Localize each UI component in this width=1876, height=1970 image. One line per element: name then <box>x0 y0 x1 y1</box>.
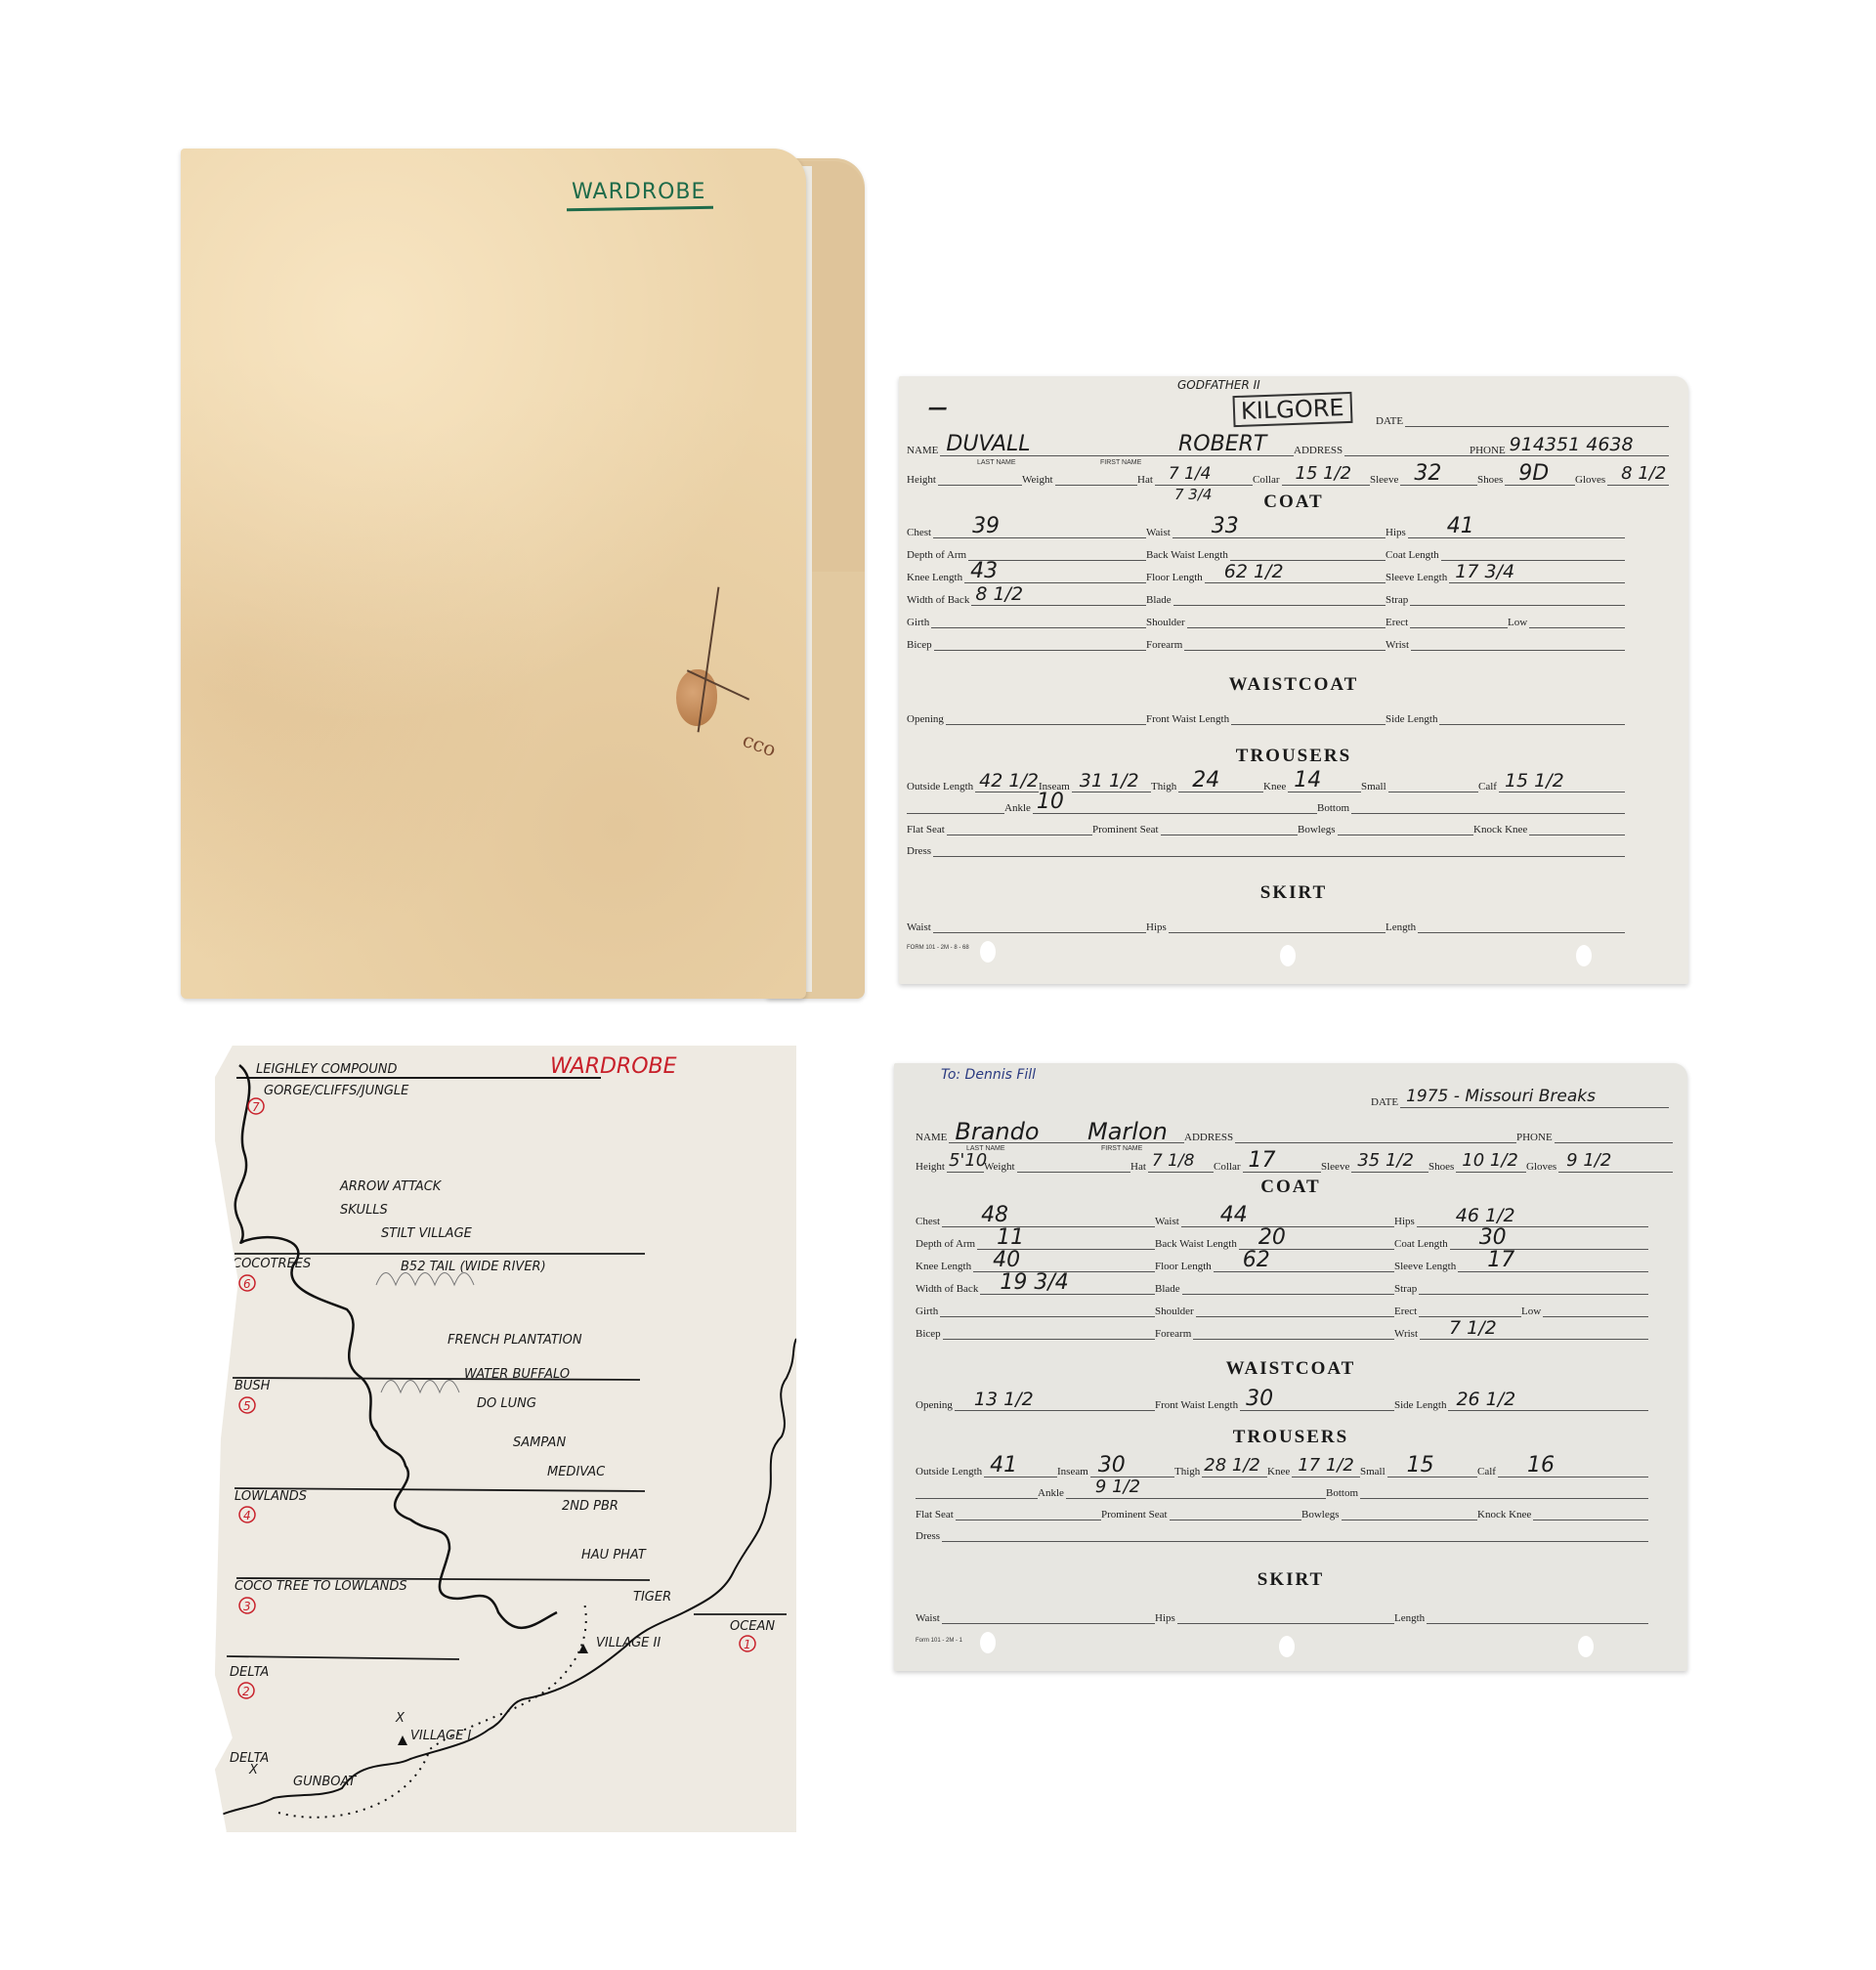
shoes-field[interactable]: Shoes10 1/2 <box>1428 1154 1526 1173</box>
date-field[interactable]: DATE1975 - Missouri Breaks <box>1371 1090 1669 1108</box>
punch-hole <box>980 941 996 963</box>
punch-hole <box>1280 945 1296 966</box>
section-title-waistcoat: WAISTCOAT <box>894 1358 1687 1380</box>
coat-waist-field[interactable]: Waist33 <box>1146 520 1386 538</box>
coat-width-of-back-field[interactable]: Width of Back8 1/2 <box>907 587 1146 606</box>
coat-bicep-field[interactable]: Bicep <box>916 1321 1155 1340</box>
date-field[interactable]: DATE <box>1376 408 1669 427</box>
phone-field[interactable]: PHONE914351 4638 <box>1470 438 1669 456</box>
coat-floor-length-field[interactable]: Floor Length62 1/2 <box>1146 565 1386 583</box>
coat-sleeve-length-field[interactable]: Sleeve Length17 3/4 <box>1386 565 1625 583</box>
section-title-trousers: TROUSERS <box>899 746 1688 767</box>
coat-girth-field[interactable]: Girth <box>916 1299 1155 1317</box>
phone-field[interactable]: PHONE <box>1516 1125 1673 1143</box>
triangle-marker-icon <box>398 1735 407 1745</box>
coat-back-waist-length-field[interactable]: Back Waist Length20 <box>1155 1231 1394 1250</box>
zone-label: OCEAN <box>730 1619 775 1634</box>
card-annotation: GODFATHER II <box>1177 378 1260 392</box>
form-number: FORM 101 - 2M - 8 - 68 <box>907 945 969 951</box>
section-title-waistcoat: WAISTCOAT <box>899 674 1688 696</box>
coat-shoulder-field[interactable]: Shoulder <box>1155 1299 1394 1317</box>
section-title-trousers: TROUSERS <box>894 1427 1687 1448</box>
section-title-skirt: SKIRT <box>894 1569 1687 1591</box>
first-name-field[interactable]: Marlon <box>1082 1125 1184 1143</box>
zone-number-badge: 5 <box>239 1397 255 1413</box>
waistcoat-front-waist-length-field[interactable]: Front Waist Length <box>1146 707 1386 725</box>
river-map-sheet: WARDROBE LEIGHLEY COMPOUND GORGE/CLIFFS/… <box>215 1046 796 1832</box>
last-name-field[interactable]: NAMEDUVALL <box>907 438 1171 456</box>
zone-number-badge: 2 <box>238 1683 254 1698</box>
address-field[interactable]: ADDRESS <box>1184 1125 1516 1143</box>
scene-label: DO LUNG <box>477 1396 536 1411</box>
scene-label: VILLAGE I <box>410 1729 472 1743</box>
triangle-marker-icon <box>578 1644 588 1653</box>
height-field[interactable]: Height <box>907 467 1022 486</box>
coat-forearm-field[interactable]: Forearm <box>1146 632 1386 651</box>
svg-text:5: 5 <box>243 1399 251 1413</box>
zone-label: COCO TREE TO LOWLANDS <box>234 1579 407 1594</box>
coat-wrist-field[interactable]: Wrist7 1/2 <box>1394 1321 1648 1340</box>
scene-label: SAMPAN <box>513 1435 566 1450</box>
x-marker-icon: X <box>248 1763 259 1777</box>
waistcoat-opening-field[interactable]: Opening <box>907 707 1146 725</box>
punch-hole <box>1279 1636 1295 1657</box>
folder-label: WARDROBE <box>572 180 705 204</box>
svg-text:6: 6 <box>243 1277 251 1291</box>
scene-label: VILLAGE II <box>596 1636 661 1650</box>
svg-text:2: 2 <box>242 1685 250 1698</box>
scene-label: MEDIVAC <box>547 1465 606 1479</box>
form-number: Form 101 - 2M - 1 <box>916 1638 962 1644</box>
skirt-hips-field[interactable]: Hips <box>1155 1606 1394 1624</box>
first-name-field[interactable]: ROBERT <box>1171 438 1294 456</box>
coat-length-field[interactable]: Coat Length30 <box>1394 1231 1648 1250</box>
coat-chest-field[interactable]: Chest48 <box>916 1209 1155 1227</box>
zone-label: LOWLANDS <box>234 1489 307 1504</box>
measurement-card-duvall: GODFATHER II — KILGORE DATE NAMEDUVALL R… <box>899 376 1688 984</box>
scene-label: B52 TAIL (WIDE RIVER) <box>401 1260 546 1274</box>
scene-label: GUNBOAT <box>293 1775 357 1789</box>
folder-front-cover <box>181 149 806 999</box>
coat-strap-field[interactable]: Strap <box>1386 587 1625 606</box>
coat-chest-field[interactable]: Chest39 <box>907 520 1146 538</box>
scene-label: SKULLS <box>340 1203 388 1218</box>
coat-bicep-field[interactable]: Bicep <box>907 632 1146 651</box>
coat-wrist-field[interactable]: Wrist <box>1386 632 1625 651</box>
coat-knee-length-field[interactable]: Knee Length43 <box>907 565 1146 583</box>
scene-label: WATER BUFFALO <box>464 1367 570 1382</box>
zone-sublabel: GORGE/CLIFFS/JUNGLE <box>264 1084 409 1098</box>
sleeve-field[interactable]: Sleeve32 <box>1370 467 1477 486</box>
waistcoat-side-length-field[interactable]: Side Length26 1/2 <box>1394 1392 1648 1411</box>
coat-strap-field[interactable]: Strap <box>1394 1276 1648 1295</box>
scene-label: FRENCH PLANTATION <box>448 1333 582 1348</box>
coat-depth-of-arm-field[interactable]: Depth of Arm <box>907 542 1146 561</box>
scene-label: ARROW ATTACK <box>339 1179 443 1194</box>
coat-width-of-back-field[interactable]: Width of Back19 3/4 <box>916 1276 1155 1295</box>
coat-depth-of-arm-field[interactable]: Depth of Arm11 <box>916 1231 1155 1250</box>
waistcoat-front-waist-length-field[interactable]: Front Waist Length30 <box>1155 1392 1394 1411</box>
shoes-field[interactable]: Shoes9D <box>1477 467 1575 486</box>
coat-forearm-field[interactable]: Forearm <box>1155 1321 1394 1340</box>
skirt-length-field[interactable]: Length <box>1386 915 1625 933</box>
skirt-waist-field[interactable]: Waist <box>916 1606 1155 1624</box>
punch-hole <box>980 1632 996 1653</box>
section-title-coat: COAT <box>899 492 1688 513</box>
coat-erect-field[interactable]: Erect <box>1394 1299 1521 1317</box>
coat-sleeve-length-field[interactable]: Sleeve Length17 <box>1394 1254 1648 1272</box>
collar-field[interactable]: Collar15 1/2 <box>1253 467 1370 486</box>
svg-text:7: 7 <box>252 1100 260 1114</box>
last-name-field[interactable]: NAMEBrando <box>916 1125 1082 1143</box>
weight-field[interactable]: Weight <box>1022 467 1137 486</box>
skirt-length-field[interactable]: Length <box>1394 1606 1648 1624</box>
hat-field[interactable]: Hat7 1/8 <box>1130 1154 1214 1173</box>
waistcoat-side-length-field[interactable]: Side Length <box>1386 707 1625 725</box>
collar-field[interactable]: Collar17 <box>1214 1154 1321 1173</box>
gloves-field[interactable]: Gloves8 1/2 <box>1575 467 1669 486</box>
svg-text:1: 1 <box>744 1638 751 1651</box>
section-title-coat: COAT <box>894 1177 1687 1198</box>
scene-label: 2ND PBR <box>562 1499 618 1514</box>
scene-label: STILT VILLAGE <box>381 1226 473 1241</box>
coat-erect-field[interactable]: Erect <box>1386 610 1508 628</box>
zone-label: COCOTREES <box>233 1257 311 1271</box>
weight-field[interactable]: Weight <box>984 1154 1130 1173</box>
coat-length-field[interactable]: Coat Length <box>1386 542 1625 561</box>
zone-label: BUSH <box>234 1379 271 1393</box>
zone-number-badge: 7 <box>248 1098 264 1114</box>
svg-text:4: 4 <box>243 1509 251 1522</box>
svg-text:3: 3 <box>243 1600 251 1613</box>
zone-number-badge: 1 <box>740 1636 755 1651</box>
zone-label: LEIGHLEY COMPOUND <box>256 1062 398 1077</box>
coat-back-waist-length-field[interactable]: Back Waist Length <box>1146 542 1386 561</box>
river-map-drawing: WARDROBE LEIGHLEY COMPOUND GORGE/CLIFFS/… <box>215 1046 796 1832</box>
dress-field[interactable]: Dress <box>916 1523 1648 1542</box>
hat-field[interactable]: Hat7 1/4 <box>1137 467 1253 486</box>
skirt-waist-field[interactable]: Waist <box>907 915 1146 933</box>
sleeve-field[interactable]: Sleeve35 1/2 <box>1321 1154 1428 1173</box>
coat-shoulder-field[interactable]: Shoulder <box>1146 610 1386 628</box>
zone-number-badge: 3 <box>239 1598 255 1613</box>
coat-girth-field[interactable]: Girth <box>907 610 1146 628</box>
measurement-card-brando: To: Dennis Fill DATE1975 - Missouri Brea… <box>894 1063 1687 1671</box>
scene-label: HAU PHAT <box>581 1548 647 1563</box>
coat-low-field[interactable]: Low <box>1521 1299 1648 1317</box>
section-title-skirt: SKIRT <box>899 882 1688 904</box>
coat-blade-field[interactable]: Blade <box>1155 1276 1394 1295</box>
skirt-hips-field[interactable]: Hips <box>1146 915 1386 933</box>
coat-floor-length-field[interactable]: Floor Length62 <box>1155 1254 1394 1272</box>
scene-label: TIGER <box>633 1590 671 1605</box>
zone-label: DELTA <box>230 1665 269 1680</box>
coat-hips-field[interactable]: Hips46 1/2 <box>1394 1209 1648 1227</box>
gloves-field[interactable]: Gloves9 1/2 <box>1526 1154 1673 1173</box>
coat-low-field[interactable]: Low <box>1508 610 1625 628</box>
zone-number-badge: 6 <box>239 1275 255 1291</box>
coffee-stain <box>676 669 717 726</box>
waistcoat-opening-field[interactable]: Opening13 1/2 <box>916 1392 1155 1411</box>
punch-hole <box>1576 945 1592 966</box>
coat-hips-field[interactable]: Hips41 <box>1386 520 1625 538</box>
zone-number-badge: 4 <box>239 1507 255 1522</box>
map-header-label: WARDROBE <box>550 1054 677 1079</box>
punch-hole <box>1578 1636 1594 1657</box>
coat-blade-field[interactable]: Blade <box>1146 587 1386 606</box>
height-field[interactable]: Height5'10 <box>916 1154 984 1173</box>
dress-field[interactable]: Dress <box>907 838 1625 857</box>
x-marker-icon: X <box>395 1711 405 1726</box>
